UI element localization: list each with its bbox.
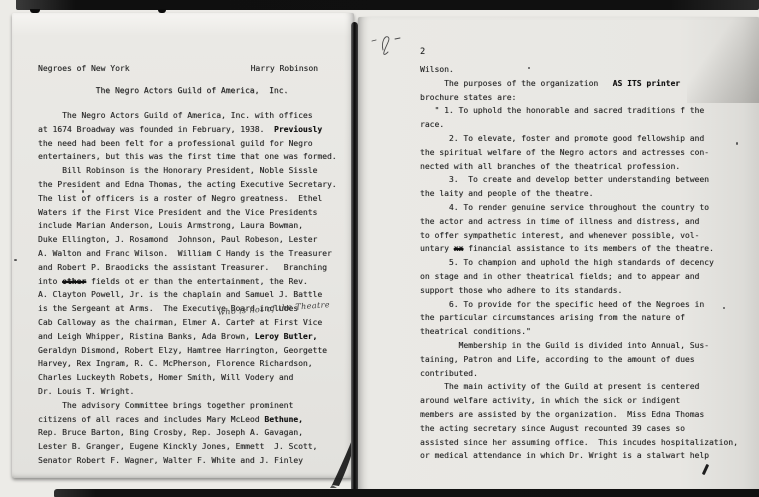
right-page: 2 Wilson. The purposes of the organizati… — [358, 17, 759, 490]
ink-speck — [723, 307, 725, 309]
typewritten-line: assisted since her assuming office. This… — [420, 436, 750, 450]
page-header: Negroes of New York Harry Robinson — [38, 64, 318, 73]
typewritten-line: the particular circumstances arising fro… — [420, 311, 750, 325]
pen-mark — [702, 464, 709, 475]
typewritten-line: at 1674 Broadway was founded in February… — [38, 123, 350, 137]
header-subject: Negroes of New York — [38, 64, 130, 73]
typewritten-line: Charles Luckeyth Robets, Homer Smith, Wi… — [38, 371, 350, 385]
typewritten-line: support those who adhere to its standard… — [420, 284, 750, 298]
typewritten-line: into other fields ot er than the enterta… — [38, 275, 350, 289]
typewritten-line: the need had been felt for a professiona… — [38, 137, 350, 151]
typewritten-line: Wilson. — [420, 63, 750, 77]
typewritten-line: and Leigh Whipper, Ristina Banks, Ada Br… — [38, 330, 350, 344]
ink-speck — [528, 67, 530, 69]
typewritten-line: A. Clayton Powell, Jr. is the chaplain a… — [38, 288, 350, 302]
book-spine-gutter — [351, 22, 358, 490]
typewritten-line: Geraldyn Dismond, Robert Elzy, Hamtree H… — [38, 344, 350, 358]
typewritten-line: members are assisted by the organization… — [420, 408, 750, 422]
ink-speck — [736, 142, 738, 145]
header-author: Harry Robinson — [251, 64, 318, 73]
typewritten-line: citizens of all races and includes Mary … — [38, 413, 350, 427]
page-number: 2 — [420, 47, 425, 57]
typewritten-line: entertainers, but this was the first tim… — [38, 150, 350, 164]
typewritten-line: the actor and actress in time of illness… — [420, 215, 750, 229]
typewritten-line: The purposes of the organization AS ITS … — [420, 77, 750, 91]
typewritten-line: " 1. To uphold the honorable and sacred … — [420, 104, 750, 118]
typewritten-line: brochure states are: — [420, 91, 750, 105]
typewritten-line: and Robert P. Braodicks the assistant Tr… — [38, 261, 350, 275]
typewritten-line: Waters if the First Vice President and t… — [38, 206, 350, 220]
typewritten-line: The main activity of the Guild at presen… — [420, 380, 750, 394]
typewritten-line: on stage and in other theatrical fields;… — [420, 270, 750, 284]
left-page: Negroes of New York Harry Robinson The N… — [12, 13, 354, 478]
typewritten-line: theatrical conditions." — [420, 325, 750, 339]
typewritten-line: Cab Calloway as the chairman, Elmer A. C… — [38, 316, 350, 330]
handwritten-caret: ^ — [248, 319, 256, 329]
typewritten-line: Senator Robert F. Wagner, Walter F. Whit… — [38, 454, 350, 468]
document-title: The Negro Actors Guild of America, Inc. — [42, 86, 342, 95]
typewritten-line: taining, Patron and Life, according to t… — [420, 353, 750, 367]
typewritten-line: race. — [420, 118, 750, 132]
typewritten-line: include Marian Anderson, Louis Armstrong… — [38, 219, 350, 233]
typewritten-line: 4. To render genuine service throughout … — [420, 201, 750, 215]
typewritten-line: A. Walton and Franc Wilson. William C Ha… — [38, 247, 350, 261]
typewritten-line: 6. To provide for the specific heed of t… — [420, 298, 750, 312]
typewritten-line: the acting secretary since August recoun… — [420, 422, 750, 436]
typewritten-line: Bill Robinson is the Honorary President,… — [38, 164, 350, 178]
typewritten-line: The Negro Actors Guild of America, Inc. … — [38, 109, 350, 123]
typewritten-line: to offer sympathetic interest, and whene… — [420, 229, 750, 243]
typewritten-line: contributed. — [420, 367, 750, 381]
typewritten-line: Duke Ellington, J. Rosamond Johnson, Pau… — [38, 233, 350, 247]
typewritten-line: nected with all branches of the theatric… — [420, 160, 750, 174]
ink-speck — [14, 259, 17, 261]
typewritten-line: Dr. Louis T. Wright. — [38, 385, 350, 399]
left-page-body: The Negro Actors Guild of America, Inc. … — [38, 109, 350, 468]
right-page-body: Wilson. The purposes of the organization… — [420, 63, 750, 463]
handwritten-squiggle-icon — [370, 33, 402, 59]
typewritten-line: untary xx financial assistance to its me… — [420, 242, 750, 256]
typewritten-line: The list of officers is a roster of Negr… — [38, 192, 350, 206]
typewritten-line: Lester B. Granger, Eugene Kinckly Jones,… — [38, 440, 350, 454]
typewritten-line: or medical attendance in which Dr. Wrigh… — [420, 449, 750, 463]
ink-speck — [82, 190, 84, 193]
typewritten-line: 5. To champion and uphold the high stand… — [420, 256, 750, 270]
typewritten-line: 2. To elevate, foster and promote good f… — [420, 132, 750, 146]
typewritten-line: Harvey, Rex Ingram, R. C. McPherson, Flo… — [38, 357, 350, 371]
typewritten-line: Rep. Bruce Barton, Bing Crosby, Rep. Jos… — [38, 426, 350, 440]
scan-bottom-black-bar — [54, 489, 759, 497]
typewritten-line: the laity and people of the theatre. — [420, 187, 750, 201]
typewritten-line: around welfare activity, in which the si… — [420, 394, 750, 408]
typewritten-line: The advisory Committee brings together p… — [38, 399, 350, 413]
scan-top-black-bar — [16, 0, 759, 10]
typewritten-line: the spiritual welfare of the Negro actor… — [420, 146, 750, 160]
typewritten-line: 3. To create and develop better understa… — [420, 173, 750, 187]
typewritten-line: Membership in the Guild is divided into … — [420, 339, 750, 353]
typewritten-line: the President and Edna Thomas, the actin… — [38, 178, 350, 192]
